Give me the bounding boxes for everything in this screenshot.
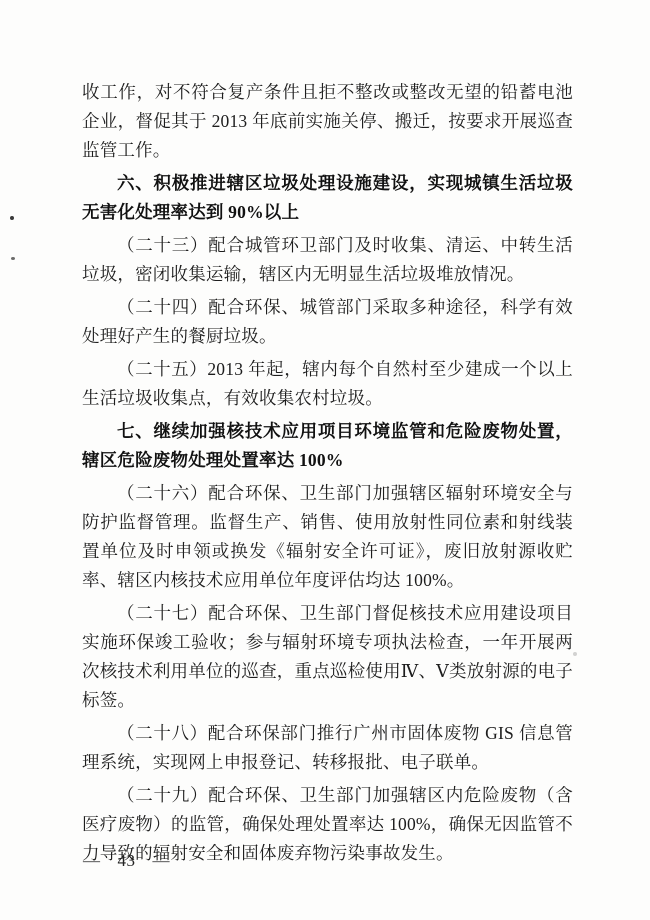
page-footer: — 43 — — [83, 851, 170, 871]
page-number: 43 — [118, 851, 136, 871]
footer-dash-right: — — [153, 853, 171, 870]
scan-speck — [573, 652, 577, 656]
paragraph-item-23: （二十三）配合城管环卫部门及时收集、清运、中转生活垃圾，密闭收集运输，辖区内无明… — [82, 231, 573, 289]
paragraph-continuation: 收工作，对不符合复产条件且拒不整改或整改无望的铅蓄电池企业，督促其于 2013 … — [82, 78, 573, 165]
section-heading-six: 六、积极推进辖区垃圾处理设施建设，实现城镇生活垃圾无害化处理率达到 90%以上 — [82, 169, 573, 227]
scan-speck — [10, 216, 14, 220]
scan-speck — [11, 257, 15, 260]
paragraph-item-27: （二十七）配合环保、卫生部门督促核技术应用建设项目实施环保竣工验收；参与辐射环境… — [82, 599, 573, 715]
section-heading-seven: 七、继续加强核技术应用项目环境监管和危险废物处置，辖区危险废物处理处置率达 10… — [82, 417, 573, 475]
paragraph-item-26: （二十六）配合环保、卫生部门加强辖区辐射环境安全与防护监督管理。监督生产、销售、… — [82, 479, 573, 595]
paragraph-item-25: （二十五）2013 年起，辖内每个自然村至少建成一个以上生活垃圾收集点，有效收集… — [82, 355, 573, 413]
paragraph-item-28: （二十八）配合环保部门推行广州市固体废物 GIS 信息管理系统，实现网上申报登记… — [82, 719, 573, 777]
paragraph-item-24: （二十四）配合环保、城管部门采取多种途径，科学有效处理好产生的餐厨垃圾。 — [82, 293, 573, 351]
document-page: 收工作，对不符合复产条件且拒不整改或整改无望的铅蓄电池企业，督促其于 2013 … — [0, 0, 650, 920]
footer-dash-left: — — [83, 853, 101, 870]
document-body: 收工作，对不符合复产条件且拒不整改或整改无望的铅蓄电池企业，督促其于 2013 … — [82, 78, 573, 868]
